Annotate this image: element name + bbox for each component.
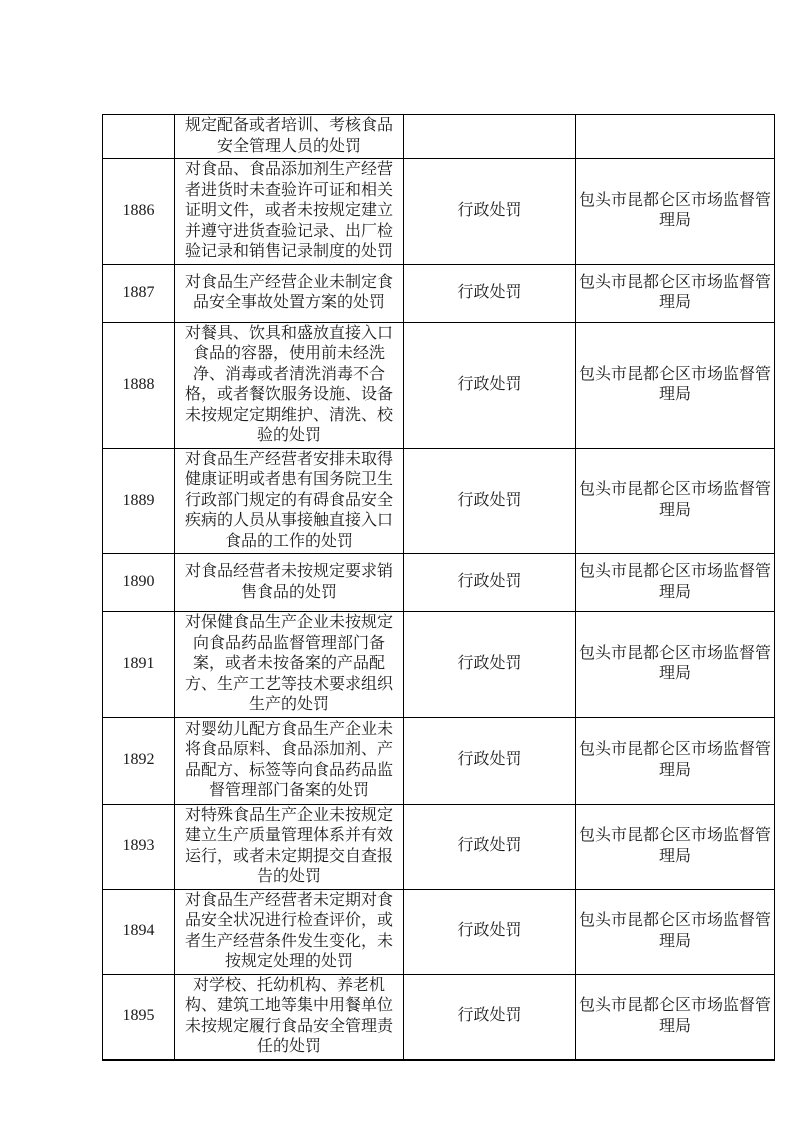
row-number-cell: 1893 (103, 804, 175, 889)
table-row: 1891 对保健食品生产企业未按规定向食品药品监督管理部门备案，或者未按备案的产… (103, 612, 775, 718)
penalty-item-cell: 对食品生产经营者安排未取得健康证明或者患有国务院卫生行政部门规定的有碍食品安全疾… (175, 448, 404, 554)
penalty-item-cell: 对食品生产经营企业未制定食品安全事故处置方案的处罚 (175, 264, 404, 322)
penalty-item-cell: 对学校、托幼机构、养老机构、建筑工地等集中用餐单位未按规定履行食品安全管理责任的… (175, 974, 404, 1060)
row-number-cell: 1892 (103, 717, 175, 804)
authority-cell: 包头市昆都仑区市场监督管理局 (576, 322, 775, 448)
penalty-type-cell: 行政处罚 (404, 322, 576, 448)
table-row: 1894 对食品生产经营者未定期对食品安全状况进行检查评价，或者生产经营条件发生… (103, 889, 775, 974)
penalty-type-cell: 行政处罚 (404, 554, 576, 612)
table-row: 1890 对食品经营者未按规定要求销售食品的处罚 行政处罚 包头市昆都仑区市场监… (103, 554, 775, 612)
row-number-cell: 1890 (103, 554, 175, 612)
document-page: 规定配备或者培训、考核食品安全管理人员的处罚 1886 对食品、食品添加剂生产经… (0, 0, 793, 1122)
penalty-type-cell: 行政处罚 (404, 264, 576, 322)
table-row: 1895 对学校、托幼机构、养老机构、建筑工地等集中用餐单位未按规定履行食品安全… (103, 974, 775, 1060)
table-row: 1886 对食品、食品添加剂生产经营者进货时未查验许可证和相关证明文件，或者未按… (103, 159, 775, 265)
penalty-item-cell: 对食品生产经营者未定期对食品安全状况进行检查评价，或者生产经营条件发生变化，未按… (175, 889, 404, 974)
authority-cell: 包头市昆都仑区市场监督管理局 (576, 159, 775, 265)
row-number-cell: 1887 (103, 264, 175, 322)
table-row: 1889 对食品生产经营者安排未取得健康证明或者患有国务院卫生行政部门规定的有碍… (103, 448, 775, 554)
penalty-item-cell: 对婴幼儿配方食品生产企业未将食品原料、食品添加剂、产品配方、标签等向食品药品监督… (175, 717, 404, 804)
authority-cell (576, 115, 775, 159)
table-row: 1893 对特殊食品生产企业未按规定建立生产质量管理体系并有效运行，或者未定期提… (103, 804, 775, 889)
authority-cell: 包头市昆都仑区市场监督管理局 (576, 264, 775, 322)
penalty-item-cell: 对食品、食品添加剂生产经营者进货时未查验许可证和相关证明文件，或者未按规定建立并… (175, 159, 404, 265)
penalty-table: 规定配备或者培训、考核食品安全管理人员的处罚 1886 对食品、食品添加剂生产经… (102, 114, 775, 1061)
row-number-cell: 1895 (103, 974, 175, 1060)
penalty-type-cell (404, 115, 576, 159)
authority-cell: 包头市昆都仑区市场监督管理局 (576, 448, 775, 554)
penalty-type-cell: 行政处罚 (404, 159, 576, 265)
row-number-cell: 1886 (103, 159, 175, 265)
penalty-item-cell: 对餐具、饮具和盛放直接入口食品的容器，使用前未经洗净、消毒或者清洗消毒不合格，或… (175, 322, 404, 448)
row-number-cell: 1891 (103, 612, 175, 718)
table-row: 1887 对食品生产经营企业未制定食品安全事故处置方案的处罚 行政处罚 包头市昆… (103, 264, 775, 322)
row-number-cell (103, 115, 175, 159)
penalty-item-cell: 对保健食品生产企业未按规定向食品药品监督管理部门备案，或者未按备案的产品配方、生… (175, 612, 404, 718)
table-row: 1888 对餐具、饮具和盛放直接入口食品的容器，使用前未经洗净、消毒或者清洗消毒… (103, 322, 775, 448)
penalty-type-cell: 行政处罚 (404, 804, 576, 889)
penalty-type-cell: 行政处罚 (404, 889, 576, 974)
table-row: 1892 对婴幼儿配方食品生产企业未将食品原料、食品添加剂、产品配方、标签等向食… (103, 717, 775, 804)
authority-cell: 包头市昆都仑区市场监督管理局 (576, 554, 775, 612)
authority-cell: 包头市昆都仑区市场监督管理局 (576, 974, 775, 1060)
penalty-type-cell: 行政处罚 (404, 717, 576, 804)
penalty-type-cell: 行政处罚 (404, 448, 576, 554)
penalty-item-cell: 规定配备或者培训、考核食品安全管理人员的处罚 (175, 115, 404, 159)
authority-cell: 包头市昆都仑区市场监督管理局 (576, 612, 775, 718)
penalty-type-cell: 行政处罚 (404, 612, 576, 718)
penalty-item-cell: 对特殊食品生产企业未按规定建立生产质量管理体系并有效运行，或者未定期提交自查报告… (175, 804, 404, 889)
authority-cell: 包头市昆都仑区市场监督管理局 (576, 804, 775, 889)
row-number-cell: 1894 (103, 889, 175, 974)
row-number-cell: 1889 (103, 448, 175, 554)
row-number-cell: 1888 (103, 322, 175, 448)
authority-cell: 包头市昆都仑区市场监督管理局 (576, 717, 775, 804)
authority-cell: 包头市昆都仑区市场监督管理局 (576, 889, 775, 974)
penalty-type-cell: 行政处罚 (404, 974, 576, 1060)
penalty-item-cell: 对食品经营者未按规定要求销售食品的处罚 (175, 554, 404, 612)
table-row: 规定配备或者培训、考核食品安全管理人员的处罚 (103, 115, 775, 159)
